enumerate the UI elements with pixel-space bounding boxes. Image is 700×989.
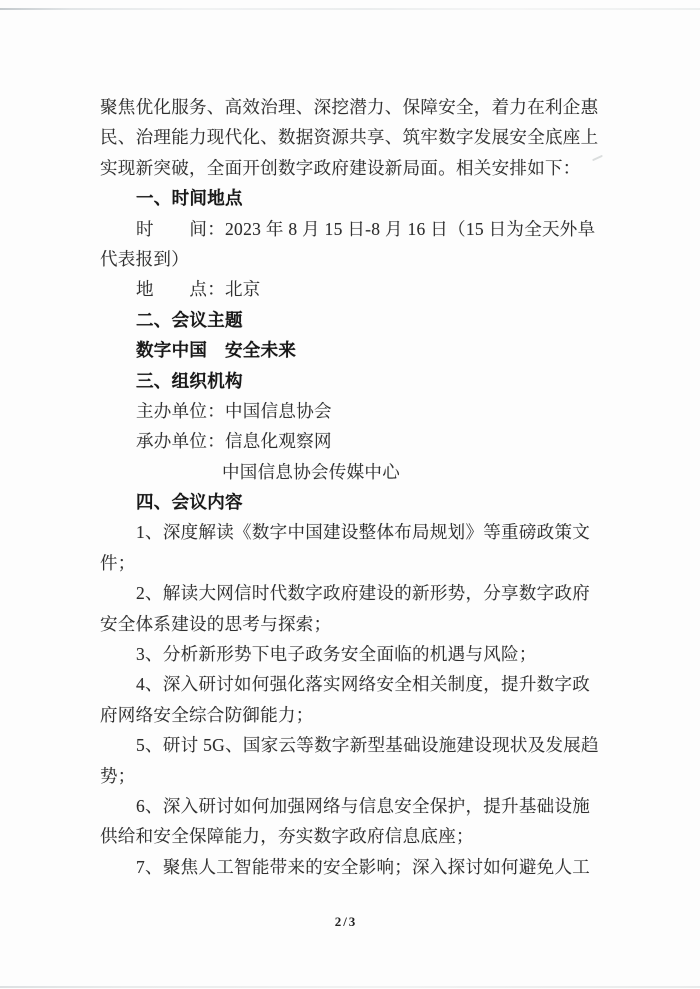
line-agenda-1a: 1、深度解读《数字中国建设整体布局规划》等重磅政策文 [100,517,640,547]
line-agenda-1b: 件； [100,548,640,578]
heading-agenda: 四、会议内容 [100,487,640,517]
line-organizer-unit-2: 中国信息协会传媒中心 [100,457,640,487]
line-intro-2: 民、治理能力现代化、数据资源共享、筑牢数字发展安全底座上 [100,122,640,152]
line-organizer-unit: 承办单位：信息化观察网 [100,426,640,456]
line-theme: 数字中国 安全未来 [100,335,640,365]
scan-artifact-bottom-line [0,986,700,988]
line-location: 地 点：北京 [100,274,640,304]
line-agenda-4a: 4、深入研讨如何强化落实网络安全相关制度，提升数字政 [100,669,640,699]
document-content: 聚焦优化服务、高效治理、深挖潜力、保障安全，着力在利企惠 民、治理能力现代化、数… [100,92,640,882]
line-agenda-5b: 势； [100,761,640,791]
document-page: 聚焦优化服务、高效治理、深挖潜力、保障安全，着力在利企惠 民、治理能力现代化、数… [0,0,700,989]
line-agenda-6a: 6、深入研讨如何加强网络与信息安全保护，提升基础设施 [100,791,640,821]
line-agenda-5a: 5、研讨 5G、国家云等数字新型基础设施建设现状及发展趋 [100,730,640,760]
line-intro-3: 实现新突破，全面开创数字政府建设新局面。相关安排如下： [100,153,640,183]
line-agenda-4b: 府网络安全综合防御能力； [100,700,640,730]
line-time-1: 时 间：2023 年 8 月 15 日-8 月 16 日（15 日为全天外阜 [100,214,640,244]
line-agenda-2a: 2、解读大网信时代数字政府建设的新形势，分享数字政府 [100,578,640,608]
heading-time-location: 一、时间地点 [100,183,640,213]
line-agenda-6b: 供给和安全保障能力，夯实数字政府信息底座； [100,821,640,851]
page-number: 2/3 [0,913,692,931]
line-agenda-3: 3、分析新形势下电子政务安全面临的机遇与风险； [100,639,640,669]
line-agenda-7: 7、聚焦人工智能带来的安全影响；深入探讨如何避免人工 [100,852,640,882]
line-time-2: 代表报到） [100,244,640,274]
line-intro-1: 聚焦优化服务、高效治理、深挖潜力、保障安全，着力在利企惠 [100,92,640,122]
line-host-unit: 主办单位：中国信息协会 [100,396,640,426]
heading-theme: 二、会议主题 [100,305,640,335]
line-agenda-2b: 安全体系建设的思考与探索； [100,609,640,639]
heading-organization: 三、组织机构 [100,366,640,396]
scan-artifact-top-line [0,8,700,10]
